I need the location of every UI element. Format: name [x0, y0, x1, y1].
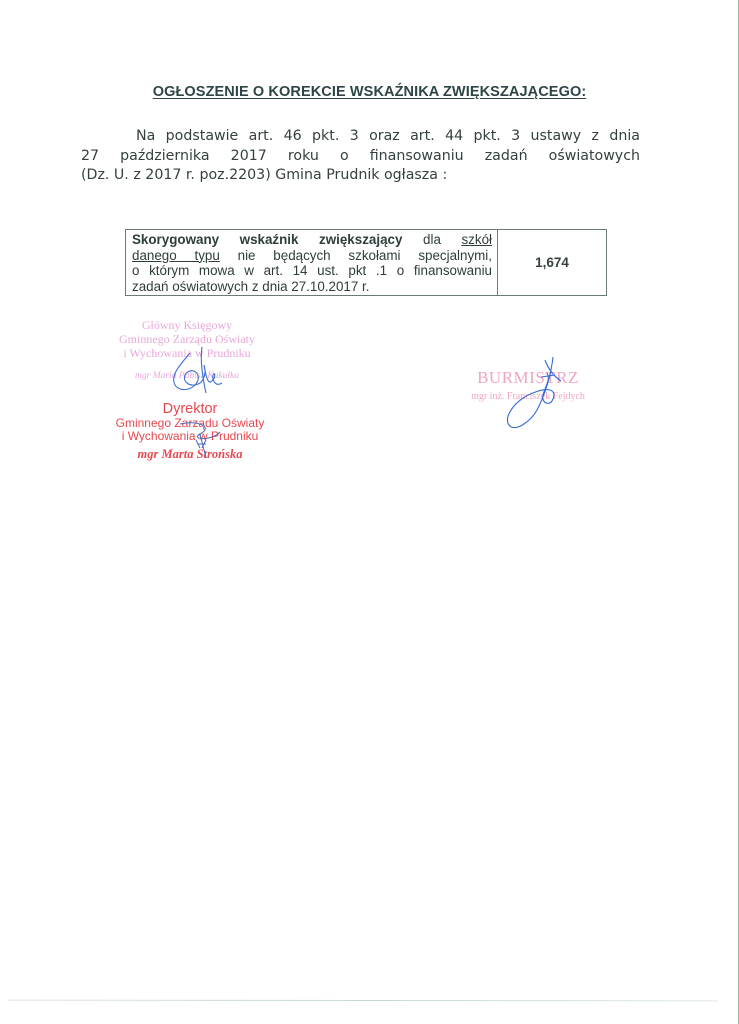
stamp3-name: mgr inż. Franciszek Fejdych — [448, 391, 608, 402]
stamp1-line2: Gminnego Zarządu Oświaty — [82, 332, 292, 346]
chief-accountant-stamp: Główny Księgowy Gminnego Zarządu Oświaty… — [82, 318, 292, 383]
desc-line-3: o którym mowa w art. 14 ust. pkt .1 o fi… — [132, 263, 492, 279]
table-row: Skorygowany wskaźnik zwiększający dla sz… — [126, 230, 607, 296]
intro-line-2: 27 października 2017 roku o finansowaniu… — [81, 147, 640, 167]
desc-underlined-2: danego typu — [132, 248, 220, 263]
indicator-table: Skorygowany wskaźnik zwiększający dla sz… — [125, 229, 607, 296]
desc-line-2: danego typu nie będących szkołami specja… — [132, 248, 492, 264]
stamp1-line3: i Wychowania w Prudniku — [82, 346, 292, 360]
intro-paragraph: Na podstawie art. 46 pkt. 3 oraz art. 44… — [81, 127, 640, 186]
footer-divider — [8, 1000, 718, 1002]
title-text: OGŁOSZENIE O KOREKCIE WSKAŹNIKA ZWIĘKSZA… — [153, 84, 587, 100]
desc-line-1: Skorygowany wskaźnik zwiększający dla sz… — [132, 232, 492, 248]
intro-line-3: (Dz. U. z 2017 r. poz.2203) Gmina Prudni… — [81, 166, 640, 186]
stamp1-name: mgr Maria Pabisz-Kukułka — [82, 369, 292, 383]
indicator-description: Skorygowany wskaźnik zwiększający dla sz… — [126, 230, 498, 296]
indicator-value: 1,674 — [498, 230, 607, 296]
desc-line-4: zadań oświatowych z dnia 27.10.2017 r. — [132, 279, 492, 295]
desc-line-2-rest: nie będących szkołami specjalnymi, — [238, 248, 492, 263]
intro-line-1: Na podstawie art. 46 pkt. 3 oraz art. 44… — [81, 127, 640, 147]
desc-dla: dla — [423, 232, 441, 247]
stamp2-line3: i Wychowania w Prudniku — [90, 430, 290, 443]
director-stamp: Dyrektor Gminnego Zarządu Oświaty i Wych… — [90, 402, 290, 461]
stamp2-name: mgr Marta Strońska — [90, 448, 290, 461]
desc-underlined-1: szkół — [461, 232, 492, 247]
announcement-title: OGŁOSZENIE O KOREKCIE WSKAŹNIKA ZWIĘKSZA… — [0, 84, 739, 100]
stamp1-line1: Główny Księgowy — [82, 318, 292, 332]
desc-bold: Skorygowany wskaźnik zwiększający — [132, 232, 402, 247]
mayor-stamp: BURMISTRZ mgr inż. Franciszek Fejdych — [448, 368, 608, 402]
stamp2-title: Dyrektor — [90, 402, 290, 417]
stamp3-title: BURMISTRZ — [448, 368, 608, 388]
stamp2-line2: Gminnego Zarządu Oświaty — [90, 417, 290, 430]
